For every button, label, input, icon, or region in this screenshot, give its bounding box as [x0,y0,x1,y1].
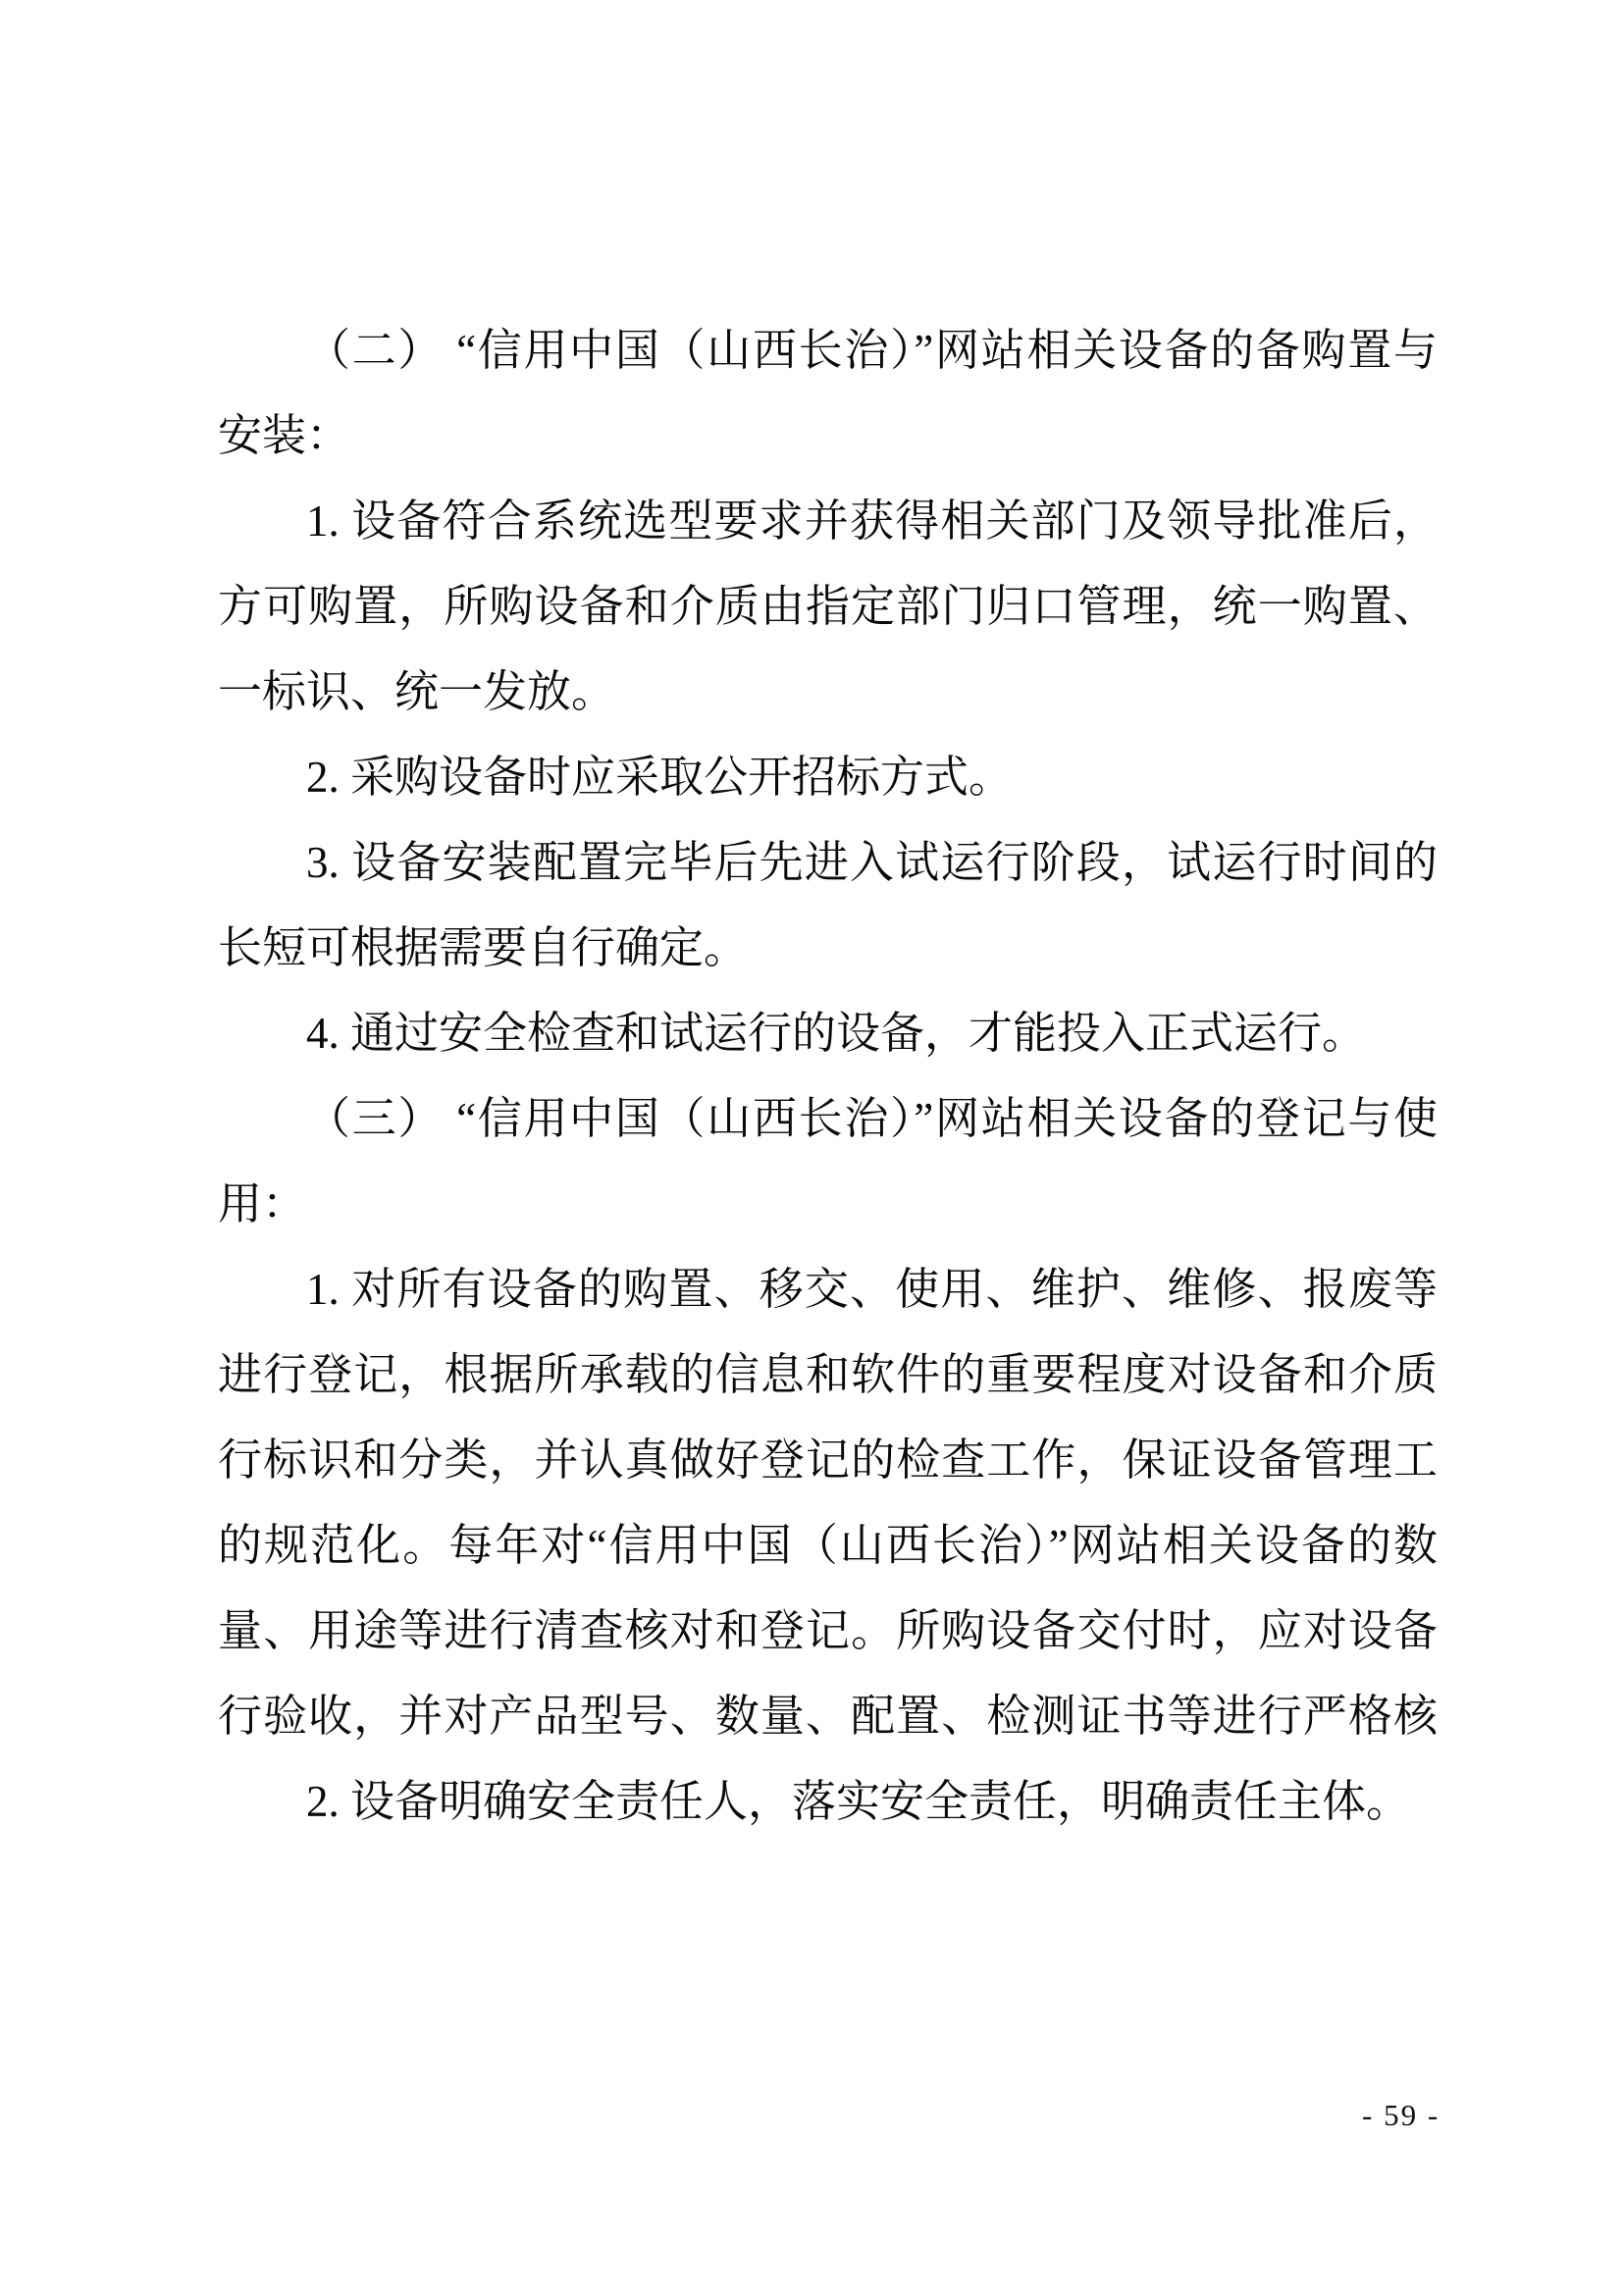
text-line: 用： [218,1162,1438,1247]
text-line: 2. 设备明确安全责任人，落实安全责任，明确责任主体。 [218,1759,1438,1845]
text-line: 长短可根据需要自行确定。 [218,906,1438,991]
text-line: 量、用途等进行清查核对和登记。所购设备交付时，应对设备进 [218,1589,1438,1674]
text-line: 方可购置，所购设备和介质由指定部门归口管理，统一购置、统 [218,564,1438,650]
text-line: （三） “信用中国（山西长治）”网站相关设备的登记与使 [218,1076,1438,1162]
text-line: 2. 采购设备时应采取公开招标方式。 [218,735,1438,820]
text-line: 行验收，并对产品型号、数量、配置、检测证书等进行严格核对。 [218,1674,1438,1759]
text-line: 进行登记，根据所承载的信息和软件的重要程度对设备和介质进 [218,1332,1438,1418]
text-line: 安装： [218,393,1438,479]
document-page: （二） “信用中国（山西长治）”网站相关设备的备购置与 安装： 1. 设备符合系… [0,0,1624,2296]
text-line: 1. 设备符合系统选型要求并获得相关部门及领导批准后， [218,479,1438,564]
text-line: 1. 对所有设备的购置、移交、使用、维护、维修、报废等 [218,1247,1438,1332]
document-body: （二） “信用中国（山西长治）”网站相关设备的备购置与 安装： 1. 设备符合系… [218,308,1438,1845]
text-line: （二） “信用中国（山西长治）”网站相关设备的备购置与 [218,308,1438,393]
text-line: 的规范化。每年对“信用中国（山西长治）”网站相关设备的数 [218,1503,1438,1589]
text-line: 一标识、统一发放。 [218,650,1438,735]
text-line: 行标识和分类，并认真做好登记的检查工作，保证设备管理工作 [218,1418,1438,1503]
text-line: 3. 设备安装配置完毕后先进入试运行阶段，试运行时间的 [218,820,1438,906]
text-line: 4. 通过安全检查和试运行的设备，才能投入正式运行。 [218,991,1438,1076]
page-number: - 59 - [1362,2096,1440,2135]
